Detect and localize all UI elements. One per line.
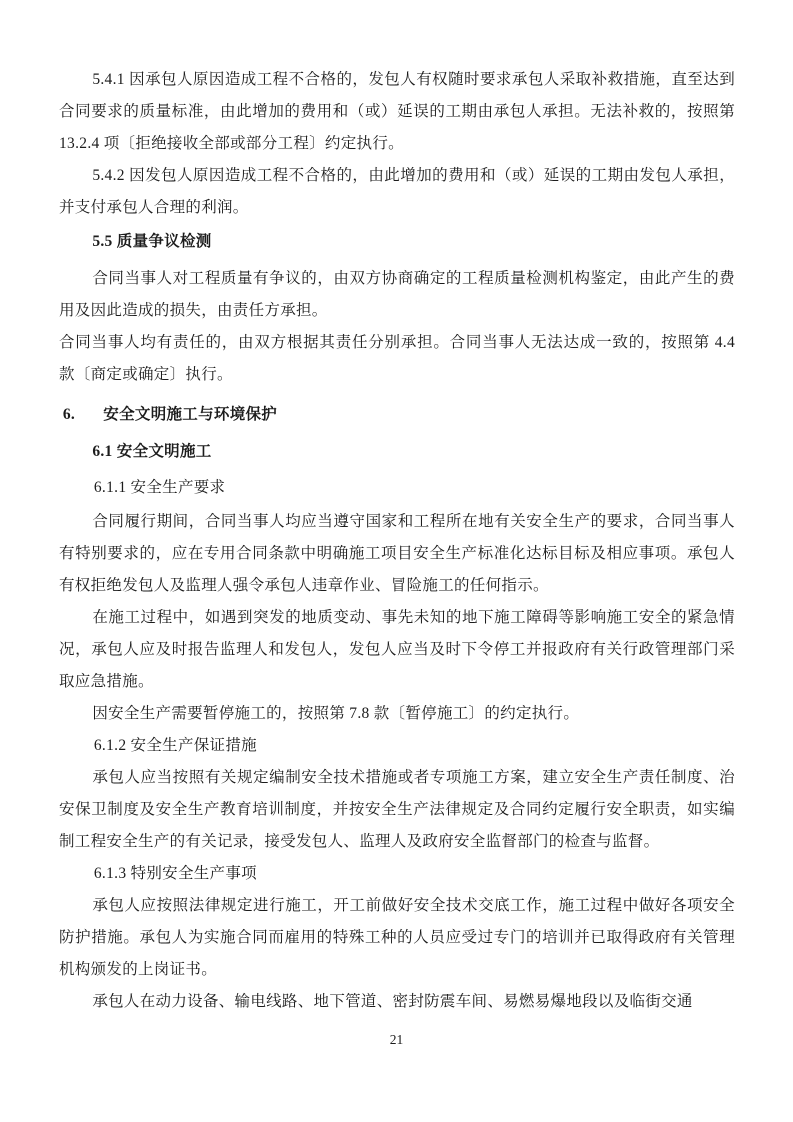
para-6-1-1-c: 因安全生产需要暂停施工的，按照第 7.8 款〔暂停施工〕的约定执行。 [59,698,735,730]
para-6-1-3-b: 承包人在动力设备、输电线路、地下管道、密封防震车间、易燃易爆地段以及临街交通 [59,986,735,1018]
heading-6-1-3: 6.1.3 特别安全生产事项 [59,858,735,890]
document-page: 5.4.1 因承包人原因造成工程不合格的，发包人有权随时要求承包人采取补救措施，… [0,0,793,1122]
para-6-1-1-a: 合同履行期间，合同当事人均应当遵守国家和工程所在地有关安全生产的要求，合同当事人… [59,506,735,602]
clause-5-4-1: 5.4.1 因承包人原因造成工程不合格的，发包人有权随时要求承包人采取补救措施，… [59,64,735,160]
clause-5-4-2: 5.4.2 因发包人原因造成工程不合格的，由此增加的费用和（或）延误的工期由发包… [59,160,735,224]
heading-6-1: 6.1 安全文明施工 [59,436,735,468]
heading-6-1-2: 6.1.2 安全生产保证措施 [59,730,735,762]
heading-6-title: 安全文明施工与环境保护 [103,406,277,423]
heading-6: 6. 安全文明施工与环境保护 [59,399,735,431]
heading-5-5: 5.5 质量争议检测 [59,226,735,258]
heading-6-number: 6. [63,406,75,423]
para-6-1-2-a: 承包人应当按照有关规定编制安全技术措施或者专项施工方案，建立安全生产责任制度、治… [59,762,735,858]
para-6-1-3-a: 承包人应按照法律规定进行施工，开工前做好安全技术交底工作，施工过程中做好各项安全… [59,890,735,986]
para-5-5-b: 合同当事人均有责任的，由双方根据其责任分别承担。合同当事人无法达成一致的，按照第… [59,327,735,391]
document-content: 5.4.1 因承包人原因造成工程不合格的，发包人有权随时要求承包人采取补救措施，… [59,64,735,1018]
para-5-5-a: 合同当事人对工程质量有争议的，由双方协商确定的工程质量检测机构鉴定，由此产生的费… [59,263,735,327]
heading-6-1-1: 6.1.1 安全生产要求 [59,472,735,504]
para-6-1-1-b: 在施工过程中，如遇到突发的地质变动、事先未知的地下施工障碍等影响施工安全的紧急情… [59,602,735,698]
page-number: 21 [0,1031,793,1049]
